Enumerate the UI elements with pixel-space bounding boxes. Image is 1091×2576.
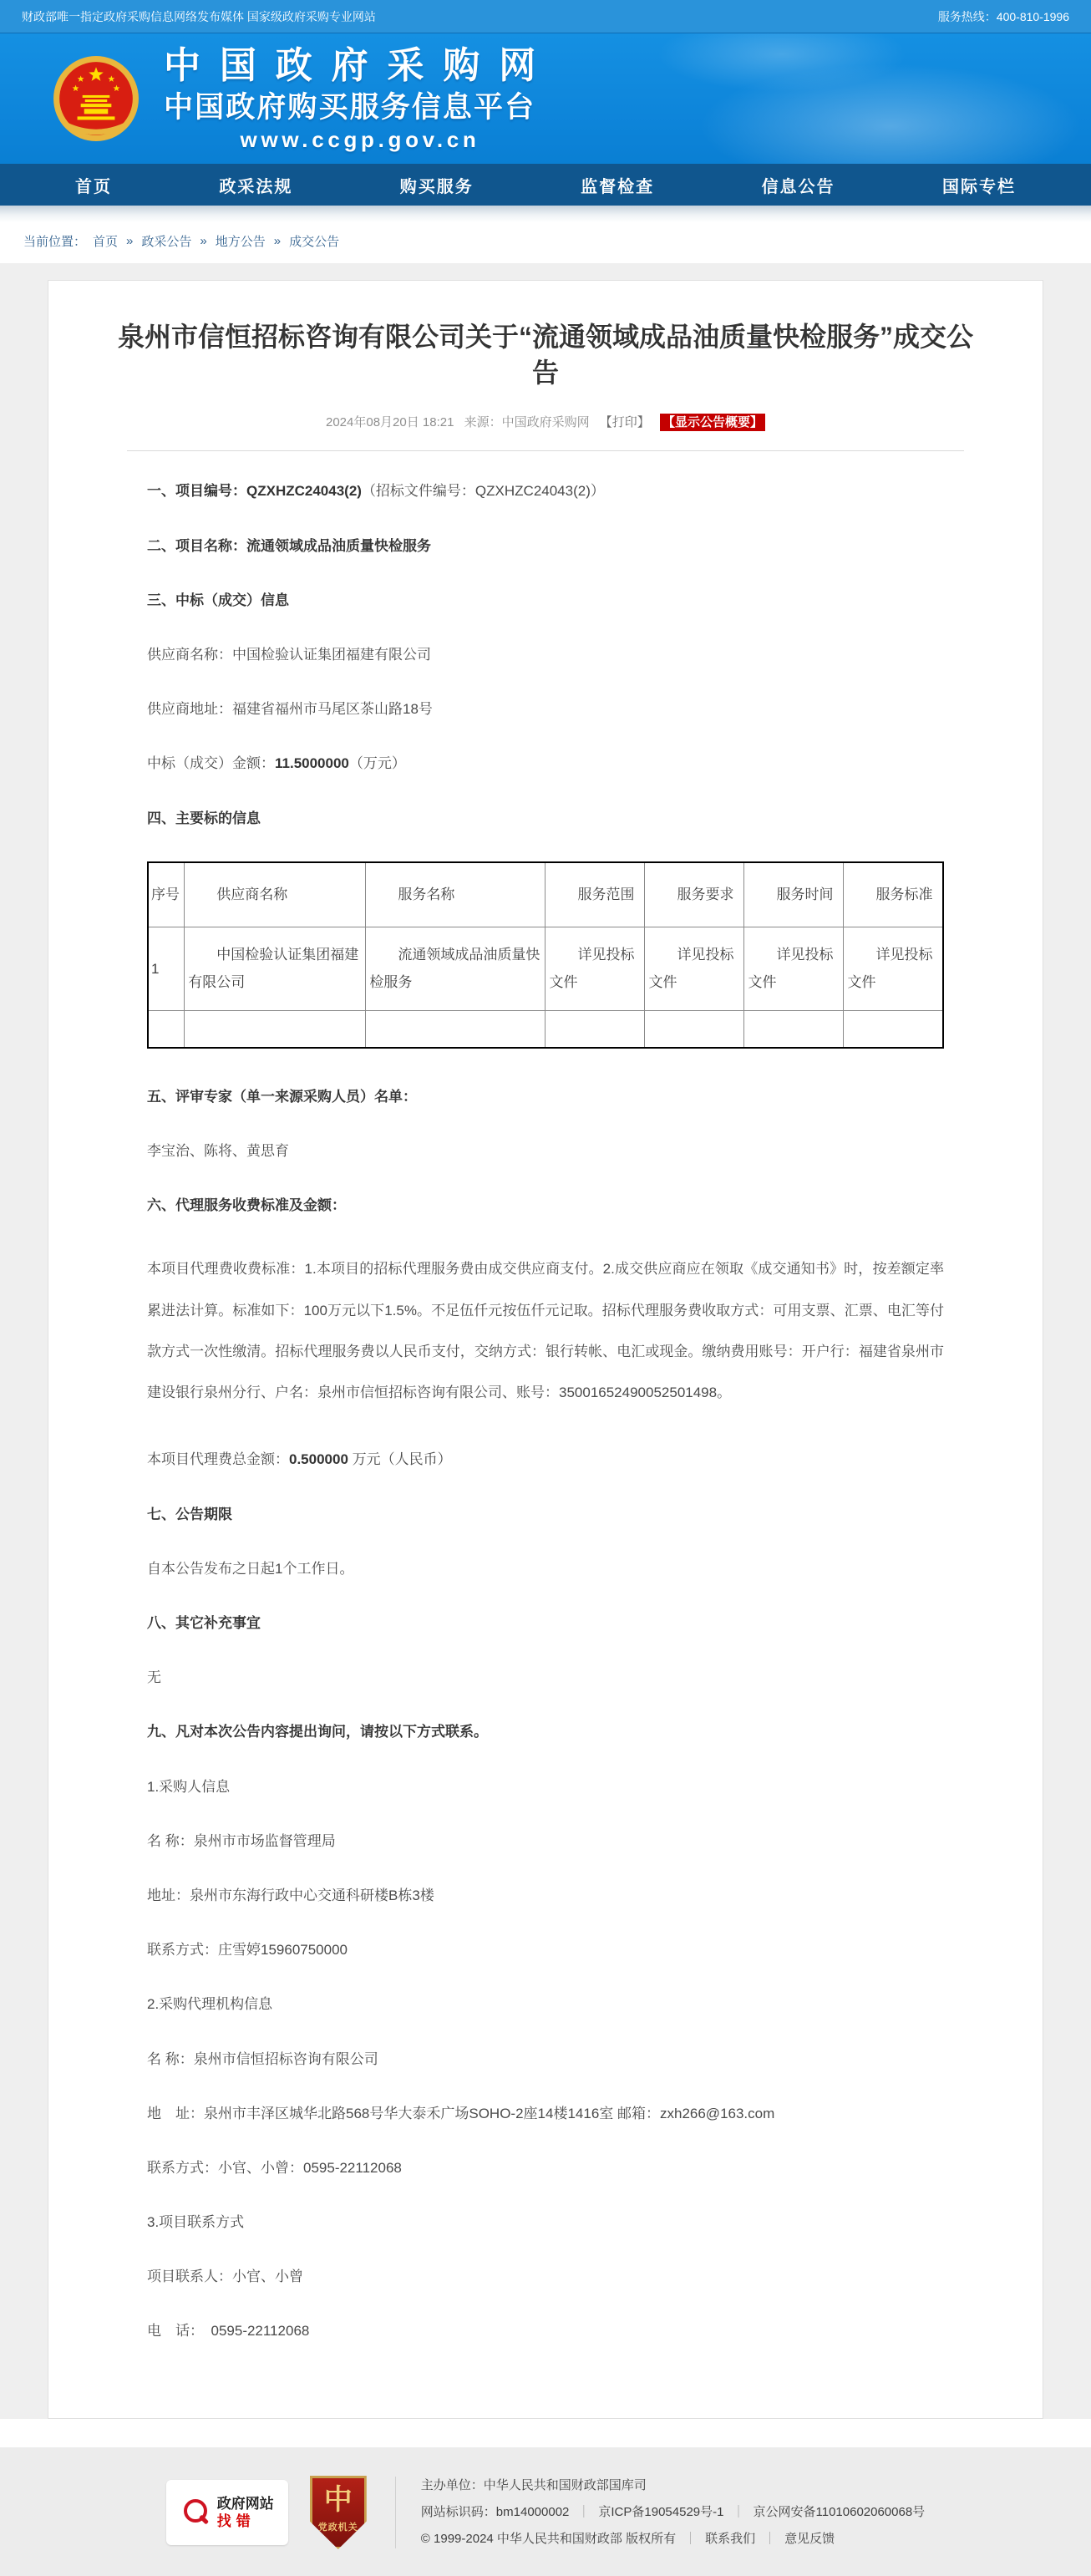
article-title: 泉州市信恒招标咨询有限公司关于“流通领域成品油质量快检服务”成交公告: [99, 307, 992, 391]
footer-separator: ｜: [732, 2505, 744, 2519]
badge-find-line2: 找错: [217, 2512, 274, 2530]
purchaser-contact: 联系方式：庄雪婷15960750000: [147, 1938, 944, 1961]
article-meta: 2024年08月20日 18:21 来源：中国政府采购网 【打印】 【显示公告概…: [99, 413, 992, 430]
footer-host-line: 主办单位：中华人民共和国财政部国库司: [421, 2472, 925, 2499]
national-emblem-logo: [52, 54, 140, 143]
project-contact-phone: 电 话： 0595-22112068: [147, 2319, 944, 2342]
breadcrumb-separator: »: [272, 234, 282, 248]
table-header-cell: 供应商名称: [185, 862, 366, 927]
section-5-experts: 五、评审专家（单一来源采购人员）名单：: [147, 1085, 944, 1108]
breadcrumb-link-4[interactable]: 成交公告: [289, 232, 339, 250]
nav-item-6[interactable]: 国际专栏: [917, 173, 1041, 197]
table-cell: [366, 1011, 545, 1048]
table-header-cell: 服务时间: [744, 862, 844, 927]
feedback-link[interactable]: 意见反馈: [784, 2532, 835, 2546]
party-badge-label: 党政机关: [318, 2520, 358, 2533]
table-header-cell: 服务标准: [844, 862, 943, 927]
footer-copyright-text: © 1999-2024 中华人民共和国财政部 版权所有: [421, 2532, 676, 2546]
breadcrumb-link-2[interactable]: 政采公告: [141, 232, 191, 250]
magnifier-icon: [180, 2496, 211, 2529]
breadcrumb-separator: »: [198, 234, 208, 248]
page-footer: 政府网站 找错 中 党政机关 主办单位：中华人民共和国财政部国库司 网站标识码：…: [0, 2447, 1091, 2576]
footer-text: 主办单位：中华人民共和国财政部国库司 网站标识码：bm14000002｜京ICP…: [421, 2472, 925, 2553]
footer-id-part-1: 网站标识码：bm14000002: [421, 2505, 570, 2519]
site-url: www.ccgp.gov.cn: [164, 129, 556, 150]
bid-info-table: 序号供应商名称服务名称服务范围服务要求服务时间服务标准1中国检验认证集团福建有限…: [147, 861, 944, 1049]
article-source: 来源：中国政府采购网: [464, 415, 590, 429]
footer-separator: ｜: [684, 2532, 697, 2546]
breadcrumb-link-3[interactable]: 地方公告: [216, 232, 266, 250]
breadcrumb-link-1[interactable]: 首页: [93, 232, 118, 250]
contact-us-link[interactable]: 联系我们: [705, 2532, 755, 2546]
nav-item-1[interactable]: 首页: [50, 173, 137, 197]
print-button[interactable]: 【打印】: [600, 415, 650, 429]
supplier-address: 供应商地址：福建省福州市马尾区茶山路18号: [147, 698, 944, 720]
section-7-announcement-period: 七、公告期限: [147, 1503, 944, 1526]
table-cell: [844, 1011, 943, 1048]
article-card: 泉州市信恒招标咨询有限公司关于“流通领域成品油质量快检服务”成交公告 2024年…: [48, 280, 1043, 2419]
topbar-hotline: 服务热线：400-810-1996: [938, 8, 1069, 25]
table-cell: [645, 1011, 744, 1048]
section-6-agency-fee: 六、代理服务收费标准及金额：: [147, 1194, 944, 1217]
other-none: 无: [147, 1666, 944, 1689]
announcement-period: 自本公告发布之日起1个工作日。: [147, 1557, 944, 1580]
footer-id-part-2: 京ICP备19054529号-1: [598, 2505, 723, 2519]
table-cell: 详见投标文件: [645, 927, 744, 1011]
table-header-cell: 服务名称: [366, 862, 545, 927]
section-9-contact: 九、凡对本次公告内容提出询问，请按以下方式联系。: [147, 1720, 944, 1743]
table-row: 1中国检验认证集团福建有限公司流通领域成品油质量快检服务详见投标文件详见投标文件…: [148, 927, 943, 1011]
topbar: 财政部唯一指定政府采购信息网络发布媒体 国家级政府采购专业网站 服务热线：400…: [0, 0, 1091, 33]
table-cell: 中国检验认证集团福建有限公司: [185, 927, 366, 1011]
agency-name: 名 称：泉州市信恒招标咨询有限公司: [147, 2048, 944, 2070]
purchaser-address: 地址：泉州市东海行政中心交通科研楼B栋3楼: [147, 1884, 944, 1907]
section-4-main-subject: 四、主要标的信息: [147, 807, 944, 830]
nav-item-2[interactable]: 政采法规: [194, 173, 317, 197]
table-cell: [148, 1011, 185, 1048]
table-cell: 详见投标文件: [744, 927, 844, 1011]
expert-names: 李宝治、陈将、黄思育: [147, 1140, 944, 1162]
table-row: [148, 1011, 943, 1048]
table-cell: [185, 1011, 366, 1048]
table-cell: 详见投标文件: [844, 927, 943, 1011]
party-emblem-icon: 中: [324, 2487, 353, 2515]
footer-copyright-line: © 1999-2024 中华人民共和国财政部 版权所有｜联系我们｜意见反馈: [421, 2526, 925, 2553]
table-header-cell: 服务要求: [645, 862, 744, 927]
award-amount: 中标（成交）金额：11.5000000（万元）: [147, 752, 944, 775]
footer-separator: ｜: [577, 2505, 590, 2519]
breadcrumb-separator: »: [124, 234, 134, 248]
site-wordmark: 中国政府采购网 中国政府购买服务信息平台 www.ccgp.gov.cn: [164, 48, 556, 150]
table-header-cell: 服务范围: [545, 862, 645, 927]
publish-datetime: 2024年08月20日 18:21: [326, 415, 454, 429]
topbar-slogan: 财政部唯一指定政府采购信息网络发布媒体 国家级政府采购专业网站: [22, 8, 376, 25]
footer-divider: [395, 2477, 396, 2548]
table-cell: 流通领域成品油质量快检服务: [366, 927, 545, 1011]
agency-fee-detail: 本项目代理费收费标准：1.本项目的招标代理服务费由成交供应商支付。2.成交供应商…: [147, 1248, 944, 1413]
table-cell: [744, 1011, 844, 1048]
cloud-decoration: [657, 33, 907, 92]
main-nav: 首页政采法规购买服务监督检查信息公告国际专栏: [0, 164, 1091, 206]
site-banner: 中国政府采购网 中国政府购买服务信息平台 www.ccgp.gov.cn: [0, 33, 1091, 164]
cloud-decoration: [698, 64, 1083, 164]
site-title: 中国政府采购网: [164, 48, 556, 84]
table-cell: 详见投标文件: [545, 927, 645, 1011]
breadcrumb: 当前位置： 首页»政采公告»地方公告»成交公告: [0, 222, 1091, 263]
project-contact-person: 项目联系人：小官、小曾: [147, 2265, 944, 2288]
nav-item-4[interactable]: 监督检查: [556, 173, 679, 197]
breadcrumb-trail: 首页»政采公告»地方公告»成交公告: [93, 232, 339, 250]
supplier-name: 供应商名称：中国检验认证集团福建有限公司: [147, 643, 944, 666]
footer-id-line: 网站标识码：bm14000002｜京ICP备19054529号-1｜京公网安备1…: [421, 2499, 925, 2526]
agency-contact: 联系方式：小官、小曾：0595-22112068: [147, 2157, 944, 2179]
article-body: 一、项目编号：QZXHZC24043(2)（招标文件编号：QZXHZC24043…: [99, 480, 992, 2342]
footer-separator: ｜: [764, 2532, 776, 2546]
table-cell: [545, 1011, 645, 1048]
section-1-project-number: 一、项目编号：QZXHZC24043(2)（招标文件编号：QZXHZC24043…: [147, 480, 944, 502]
page-background: 泉州市信恒招标咨询有限公司关于“流通领域成品油质量快检服务”成交公告 2024年…: [0, 263, 1091, 2419]
agency-info-heading: 2.采购代理机构信息: [147, 1993, 944, 2015]
site-subtitle: 中国政府购买服务信息平台: [164, 93, 556, 122]
nav-item-3[interactable]: 购买服务: [375, 173, 499, 197]
section-2-project-name: 二、项目名称：流通领域成品油质量快检服务: [147, 535, 944, 557]
nav-item-5[interactable]: 信息公告: [737, 173, 860, 197]
agency-address: 地 址：泉州市丰泽区城华北路568号华大泰禾广场SOHO-2座14楼1416室 …: [147, 2102, 944, 2125]
project-contact-heading: 3.项目联系方式: [147, 2211, 944, 2233]
subnav-gradient: [0, 206, 1091, 222]
breadcrumb-label: 当前位置：: [23, 232, 86, 250]
table-cell: 1: [148, 927, 185, 1011]
badge-find-line1: 政府网站: [217, 2495, 274, 2512]
purchaser-info-heading: 1.采购人信息: [147, 1776, 944, 1798]
section-3-award-info: 三、中标（成交）信息: [147, 589, 944, 612]
table-header-cell: 序号: [148, 862, 185, 927]
agency-fee-total: 本项目代理费总金额：0.500000 万元（人民币）: [147, 1448, 944, 1471]
gov-site-error-badge[interactable]: 政府网站 找错: [166, 2480, 288, 2545]
meta-divider: [127, 450, 964, 451]
show-summary-button[interactable]: 【显示公告概要】: [660, 414, 765, 431]
purchaser-name: 名 称：泉州市市场监督管理局: [147, 1830, 944, 1852]
party-gov-badge[interactable]: 中 党政机关: [310, 2476, 367, 2549]
footer-id-part-3: 京公网安备11010602060068号: [754, 2505, 926, 2519]
section-8-other: 八、其它补充事宜: [147, 1612, 944, 1634]
